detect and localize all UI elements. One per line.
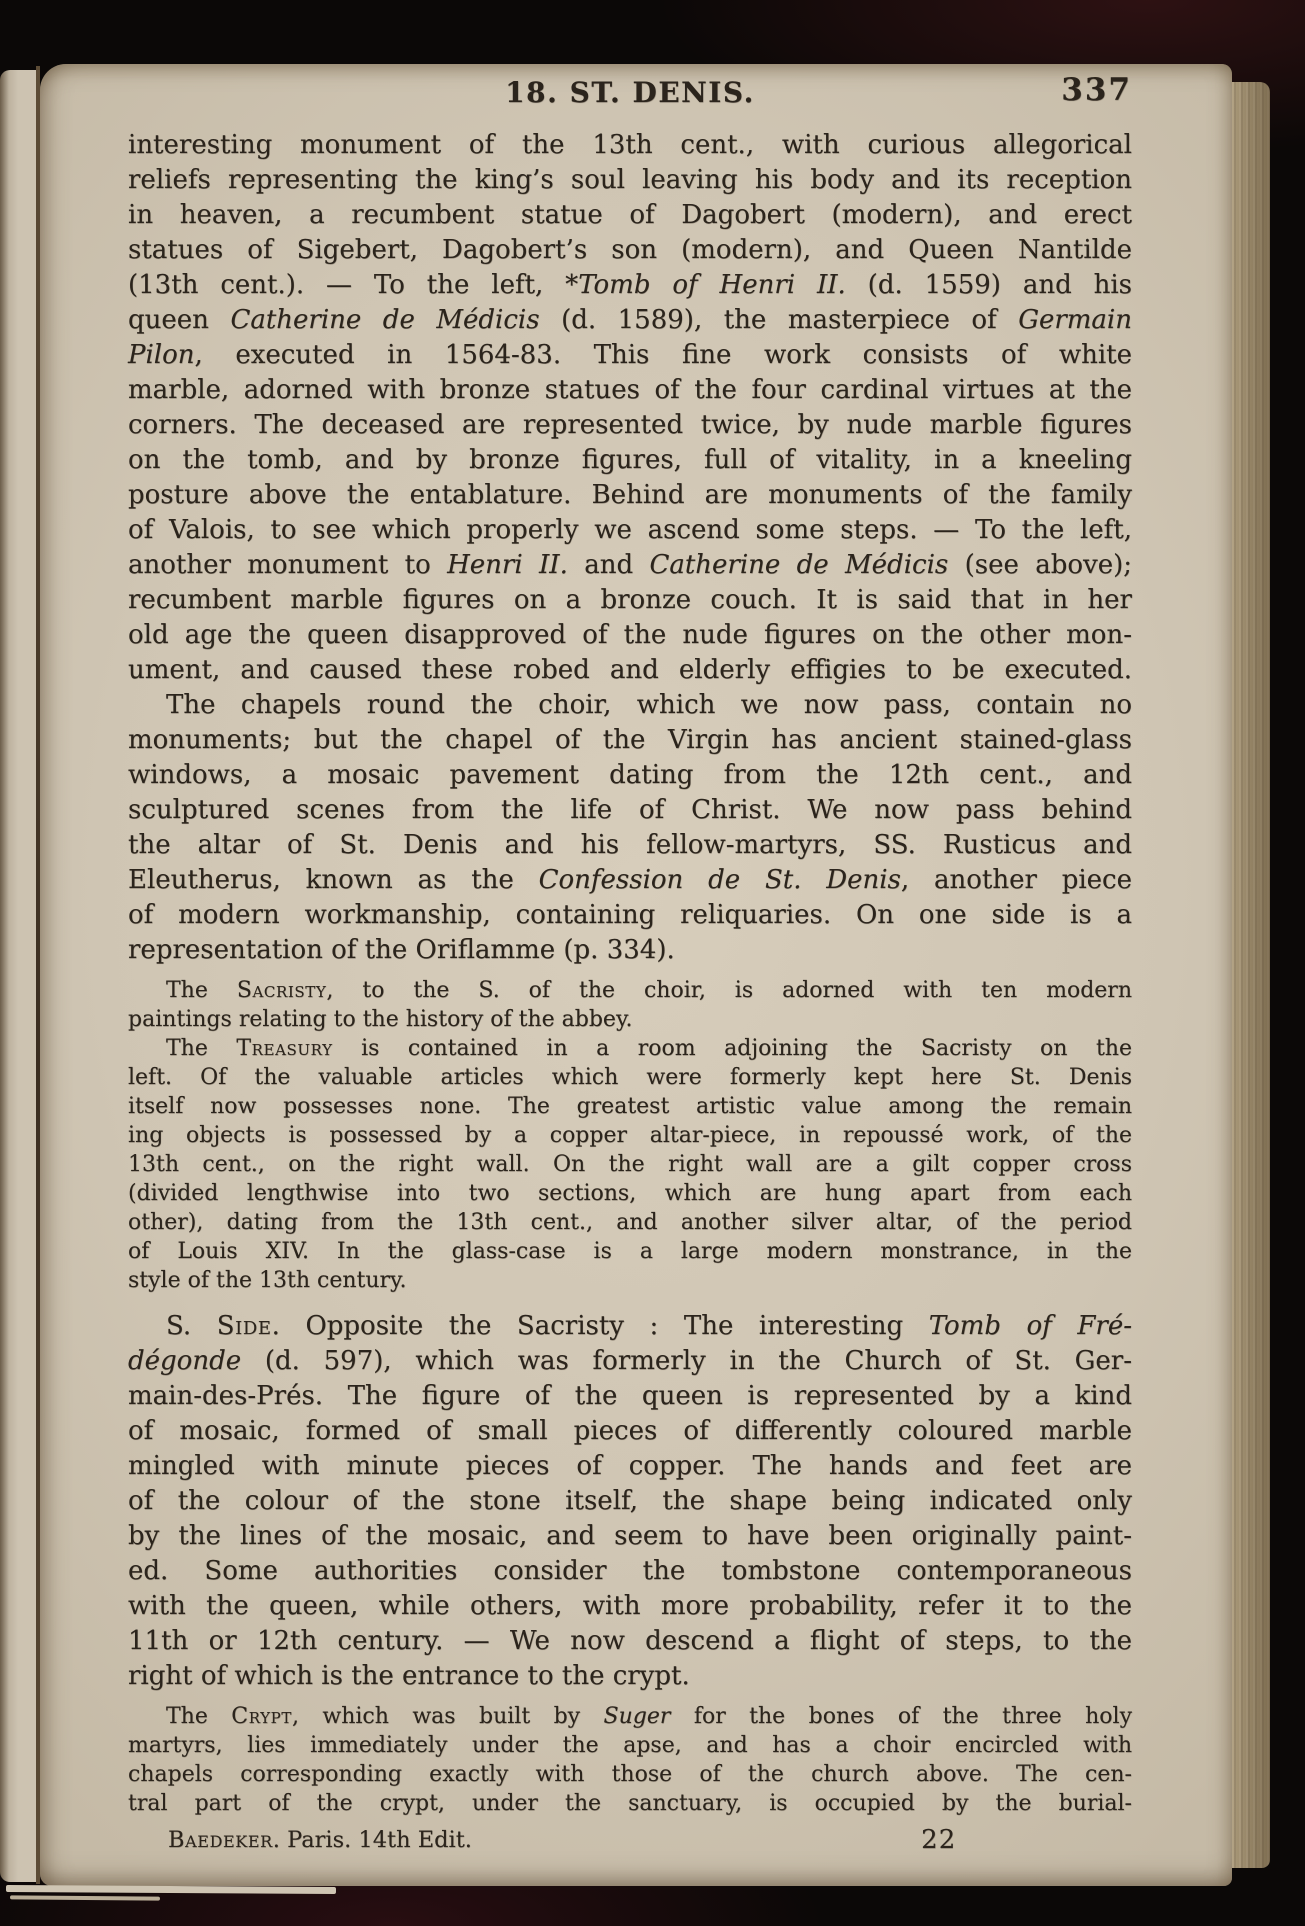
- bottom-page-edge-strip: [10, 1895, 160, 1900]
- text-line: dégonde (d. 597), which was formerly in …: [128, 1344, 1132, 1379]
- paragraph-south-side-tomb-of-fredegonde: S. Side. Opposite the Sacristy : The int…: [128, 1309, 1132, 1694]
- text-line: of Louis XIV. In the glass-case is a lar…: [128, 1237, 1132, 1266]
- fore-edge-page-stack: [1232, 82, 1270, 1868]
- bottom-page-edge-strip: [6, 1885, 336, 1894]
- paragraph-chapels-round-the-choir: The chapels round the choir, which we no…: [128, 688, 1132, 968]
- page-content: 18. ST. DENIS. 337 interesting monument …: [128, 76, 1132, 1886]
- text-line: reliefs representing the king’s soul lea…: [128, 163, 1132, 198]
- text-line: martyrs, lies immediately under the apse…: [128, 1731, 1132, 1760]
- text-line: monuments; but the chapel of the Virgin …: [128, 723, 1132, 758]
- text-line: statues of Sigebert, Dagobert’s son (mod…: [128, 233, 1132, 268]
- text-line: with the queen, while others, with more …: [128, 1589, 1132, 1624]
- text-line: ument, and caused these robed and elderl…: [128, 653, 1132, 688]
- text-line: of modern workmanship, containing reliqu…: [128, 898, 1132, 933]
- text-line: The Crypt, which was built by Suger for …: [128, 1702, 1132, 1731]
- text-line: queen Catherine de Médicis (d. 1589), th…: [128, 303, 1132, 338]
- text-line: by the lines of the mosaic, and seem to …: [128, 1519, 1132, 1554]
- text-line: recumbent marble figures on a bronze cou…: [128, 583, 1132, 618]
- text-line: itself now possesses none. The greatest …: [128, 1092, 1132, 1121]
- text-line: Pilon, executed in 1564-83. This fine wo…: [128, 338, 1132, 373]
- book-scan: { "scan": { "colors": { "background": "#…: [0, 0, 1305, 1926]
- book-page: 18. ST. DENIS. 337 interesting monument …: [40, 64, 1232, 1886]
- text-line: main-des-Prés. The figure of the queen i…: [128, 1379, 1132, 1414]
- text-line: style of the 13th century.: [128, 1266, 1132, 1295]
- text-line: corners. The deceased are represented tw…: [128, 408, 1132, 443]
- text-line: posture above the entablature. Behind ar…: [128, 478, 1132, 513]
- text-line: (13th cent.). — To the left, *Tomb of He…: [128, 268, 1132, 303]
- text-line: 11th or 12th century. — We now descend a…: [128, 1624, 1132, 1659]
- text-line: representation of the Oriflamme (p. 334)…: [128, 933, 1132, 968]
- text-line: chapels corresponding exactly with those…: [128, 1760, 1132, 1789]
- paragraph-crypt-note: The Crypt, which was built by Suger for …: [128, 1702, 1132, 1818]
- paragraph-treasury-note: The Treasury is contained in a room adjo…: [128, 1034, 1132, 1295]
- text-line: paintings relating to the history of the…: [128, 1005, 1132, 1034]
- text-line: the altar of St. Denis and his fellow-ma…: [128, 828, 1132, 863]
- text-line: of the colour of the stone itself, the s…: [128, 1484, 1132, 1519]
- text-line: ed. Some authorities consider the tombst…: [128, 1554, 1132, 1589]
- text-line: on the tomb, and by bronze figures, full…: [128, 443, 1132, 478]
- text-line: S. Side. Opposite the Sacristy : The int…: [128, 1309, 1132, 1344]
- text-line: other), dating from the 13th cent., and …: [128, 1208, 1132, 1237]
- text-line: interesting monument of the 13th cent., …: [128, 128, 1132, 163]
- text-line: The Treasury is contained in a room adjo…: [128, 1034, 1132, 1063]
- page-header: 18. ST. DENIS. 337: [128, 76, 1132, 120]
- text-column: interesting monument of the 13th cent., …: [128, 128, 1132, 1818]
- text-line: ing objects is possessed by a copper alt…: [128, 1121, 1132, 1150]
- text-line: mingled with minute pieces of copper. Th…: [128, 1449, 1132, 1484]
- text-line: sculptured scenes from the life of Chris…: [128, 793, 1132, 828]
- text-line: another monument to Henri II. and Cather…: [128, 548, 1132, 583]
- text-line: 13th cent., on the right wall. On the ri…: [128, 1150, 1132, 1179]
- paragraph-sacristy-note: The Sacristy, to the S. of the choir, is…: [128, 976, 1132, 1034]
- text-line: Eleutherus, known as the Confession de S…: [128, 863, 1132, 898]
- paragraph-royal-tombs-continuation: interesting monument of the 13th cent., …: [128, 128, 1132, 688]
- text-line: tral part of the crypt, under the sanctu…: [128, 1789, 1132, 1818]
- text-line: windows, a mosaic pavement dating from t…: [128, 758, 1132, 793]
- imprint: Baedeker. Paris. 14th Edit.: [128, 1827, 472, 1853]
- text-line: marble, adorned with bronze statues of t…: [128, 373, 1132, 408]
- text-line: of mosaic, formed of small pieces of dif…: [128, 1414, 1132, 1449]
- text-line: (divided lengthwise into two sections, w…: [128, 1179, 1132, 1208]
- page-footer: Baedeker. Paris. 14th Edit. 22: [128, 1827, 1132, 1861]
- text-line: The chapels round the choir, which we no…: [128, 688, 1132, 723]
- page-number: 337: [1061, 72, 1132, 108]
- text-line: right of which is the entrance to the cr…: [128, 1659, 1132, 1694]
- text-line: The Sacristy, to the S. of the choir, is…: [128, 976, 1132, 1005]
- text-line: left. Of the valuable articles which wer…: [128, 1063, 1132, 1092]
- text-line: old age the queen disapproved of the nud…: [128, 618, 1132, 653]
- facing-page-edge: [0, 70, 37, 1882]
- text-line: in heaven, a recumbent statue of Dagober…: [128, 198, 1132, 233]
- text-line: of Valois, to see which properly we asce…: [128, 513, 1132, 548]
- signature-mark: 22: [921, 1825, 956, 1855]
- chapter-title: 18. ST. DENIS.: [128, 76, 1132, 109]
